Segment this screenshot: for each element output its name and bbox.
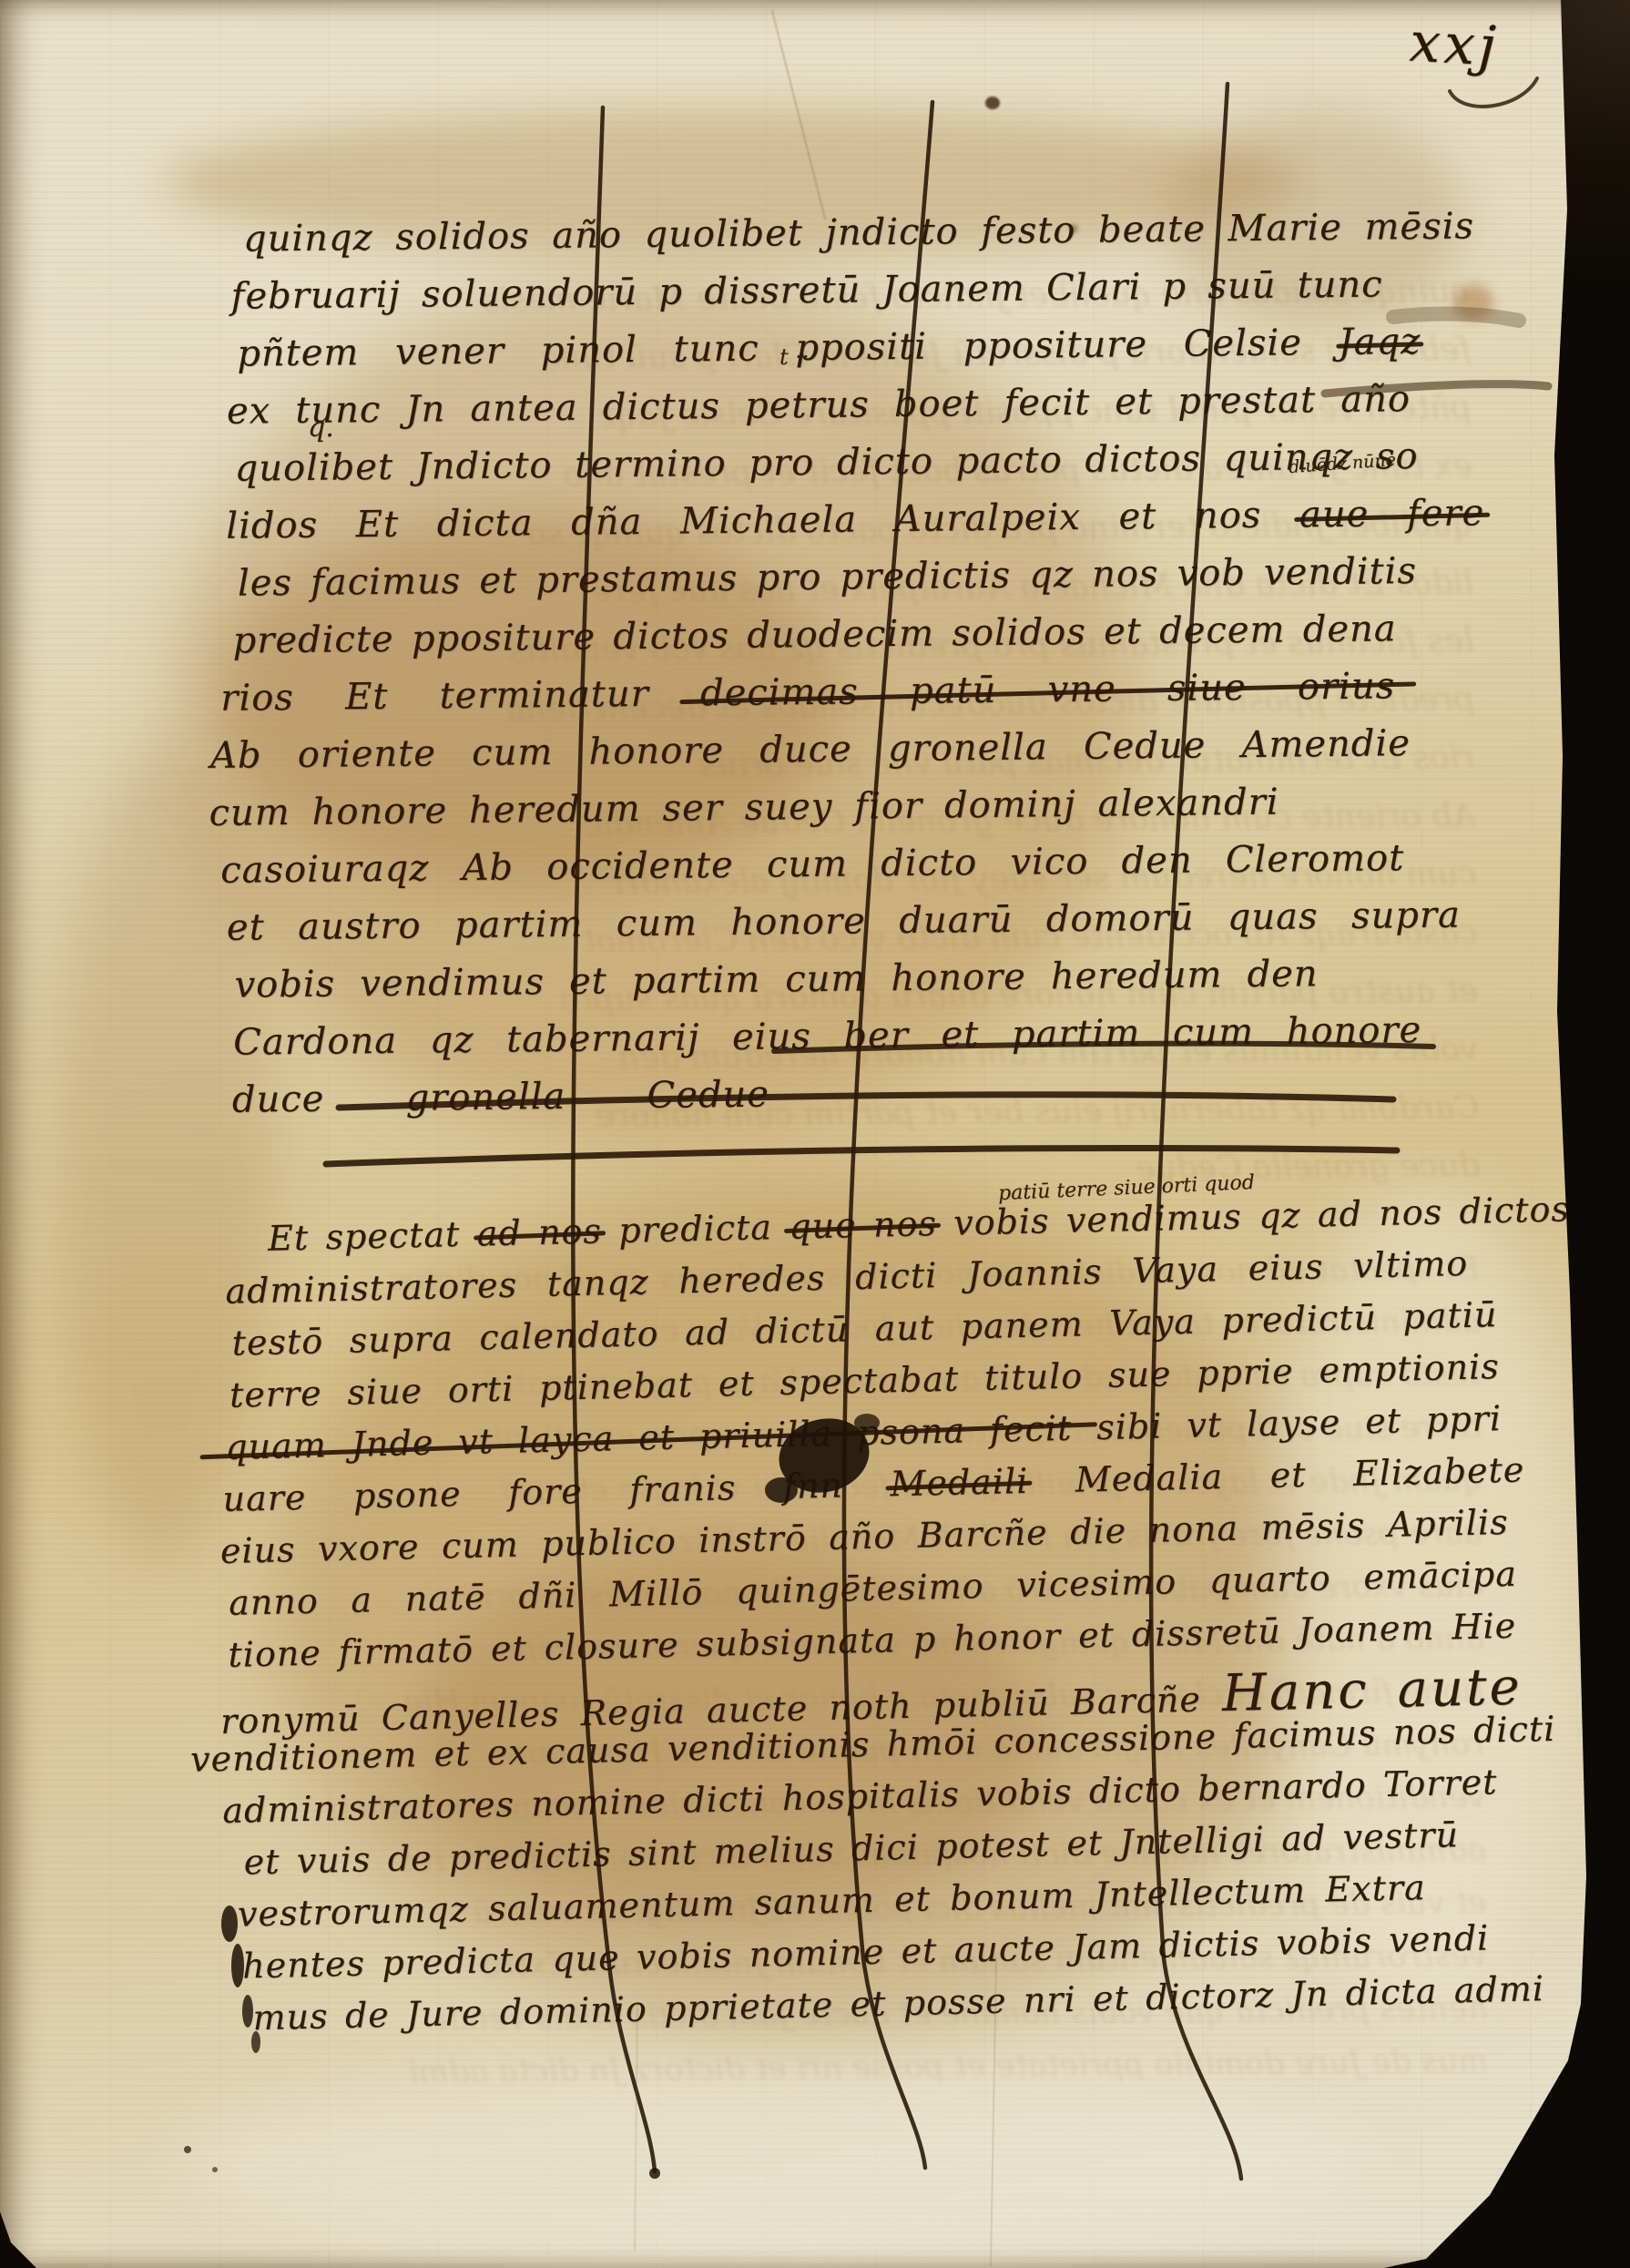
manuscript-line: cum honore heredum ser suey fior dominj …	[209, 782, 1279, 847]
struck-text: Jaqz	[1338, 321, 1421, 363]
manuscript-line: lidos Et dicta dña Michaela Auralpeix et…	[226, 492, 1485, 559]
ink-speck	[985, 97, 1000, 109]
manuscript-line: Ab oriente cum honore duce gronella Cedu…	[210, 722, 1411, 790]
struck-text: decimas patū vne siue orius	[700, 665, 1396, 714]
manuscript-line: les facimus et prestamus pro predictis q…	[238, 550, 1418, 618]
manuscript-line: Cardona qz tabernarij eius ber et partim…	[233, 1009, 1422, 1077]
text-segment: lidos Et dicta dña Michaela Auralpeix et…	[226, 494, 1299, 547]
paragraph-1: quinqz solidos año quolibet jndicto fest…	[230, 204, 1569, 1138]
interlinear-note-q: q.	[308, 412, 334, 444]
manuscript-line: casoiuraqz Ab occidente cum dicto vico d…	[220, 837, 1405, 904]
text-segment: februarij soluendorū p dissretū Joanem C…	[230, 263, 1382, 317]
manuscript-line: quinqz solidos año quolibet jndicto fest…	[243, 205, 1475, 272]
text-segment: quinqz solidos año quolibet jndicto fest…	[243, 205, 1474, 260]
manuscript-line: vobis vendimus et partim cum honore here…	[234, 953, 1319, 1018]
text-segment: vobis vendimus et partim cum honore here…	[234, 953, 1318, 1006]
manuscript-line: duce gronella Cedue	[232, 1074, 770, 1134]
manuscript-line: ex tunc Jn antea dictus petrus boet feci…	[227, 378, 1411, 445]
folio-number: xxj	[1408, 10, 1501, 78]
text-segment: rios Et terminatur	[220, 672, 700, 720]
text-segment: quolibet Jndicto termino pro dicto pacto…	[234, 435, 1418, 490]
interlinear-note-t: t ···	[779, 344, 816, 370]
text-segment: casoiuraqz Ab occidente cum dicto vico d…	[220, 837, 1404, 892]
text-segment: predicte ppositure dictos duodecim solid…	[232, 608, 1396, 661]
manuscript-page: quinqz solidos año quolibet jndicto fest…	[0, 0, 1630, 2268]
page-background: quinqz solidos año quolibet jndicto fest…	[0, 0, 1630, 2268]
manuscript-line: predicte ppositure dictos duodecim solid…	[232, 608, 1391, 674]
text-segment: sibi vt layse et ppri	[1072, 1398, 1503, 1448]
struck-text: aue fere	[1299, 492, 1485, 536]
manuscript-line: pñtem vener pinol tunc ppositi ppositure…	[237, 321, 1421, 388]
text-segment: ex tunc Jn antea dictus petrus boet feci…	[227, 378, 1411, 433]
manuscript-line: quolibet Jndicto termino pro dicto pacto…	[234, 435, 1419, 503]
struck-text: ad nos	[476, 1211, 602, 1253]
text-segment: duce gronella Cedue	[232, 1074, 769, 1121]
manuscript-line: et austro partim cum honore duarū domorū…	[227, 894, 1462, 962]
text-segment: cum honore heredum ser suey fior dominj …	[209, 782, 1279, 834]
text-segment: les facimus et prestamus pro predictis q…	[238, 550, 1417, 605]
paper-highlight	[182, 2059, 1366, 2268]
manuscript-line: rios Et terminatur decimas patū vne siue…	[220, 665, 1396, 732]
paragraph-2: Et spectat ad nos predicta que nos vobis…	[220, 1189, 1587, 2066]
text-segment: Cardona qz tabernarij eius ber et partim…	[233, 1009, 1421, 1064]
text-segment: Et spectat	[268, 1214, 478, 1259]
struck-text: Medaili	[890, 1461, 1029, 1504]
text-segment: predicta	[601, 1207, 789, 1251]
struck-text: que nos	[789, 1203, 938, 1247]
manuscript-line: februarij soluendorū p dissretū Joanem C…	[230, 263, 1383, 330]
text-segment: Ab oriente cum honore duce gronella Cedu…	[210, 722, 1411, 777]
